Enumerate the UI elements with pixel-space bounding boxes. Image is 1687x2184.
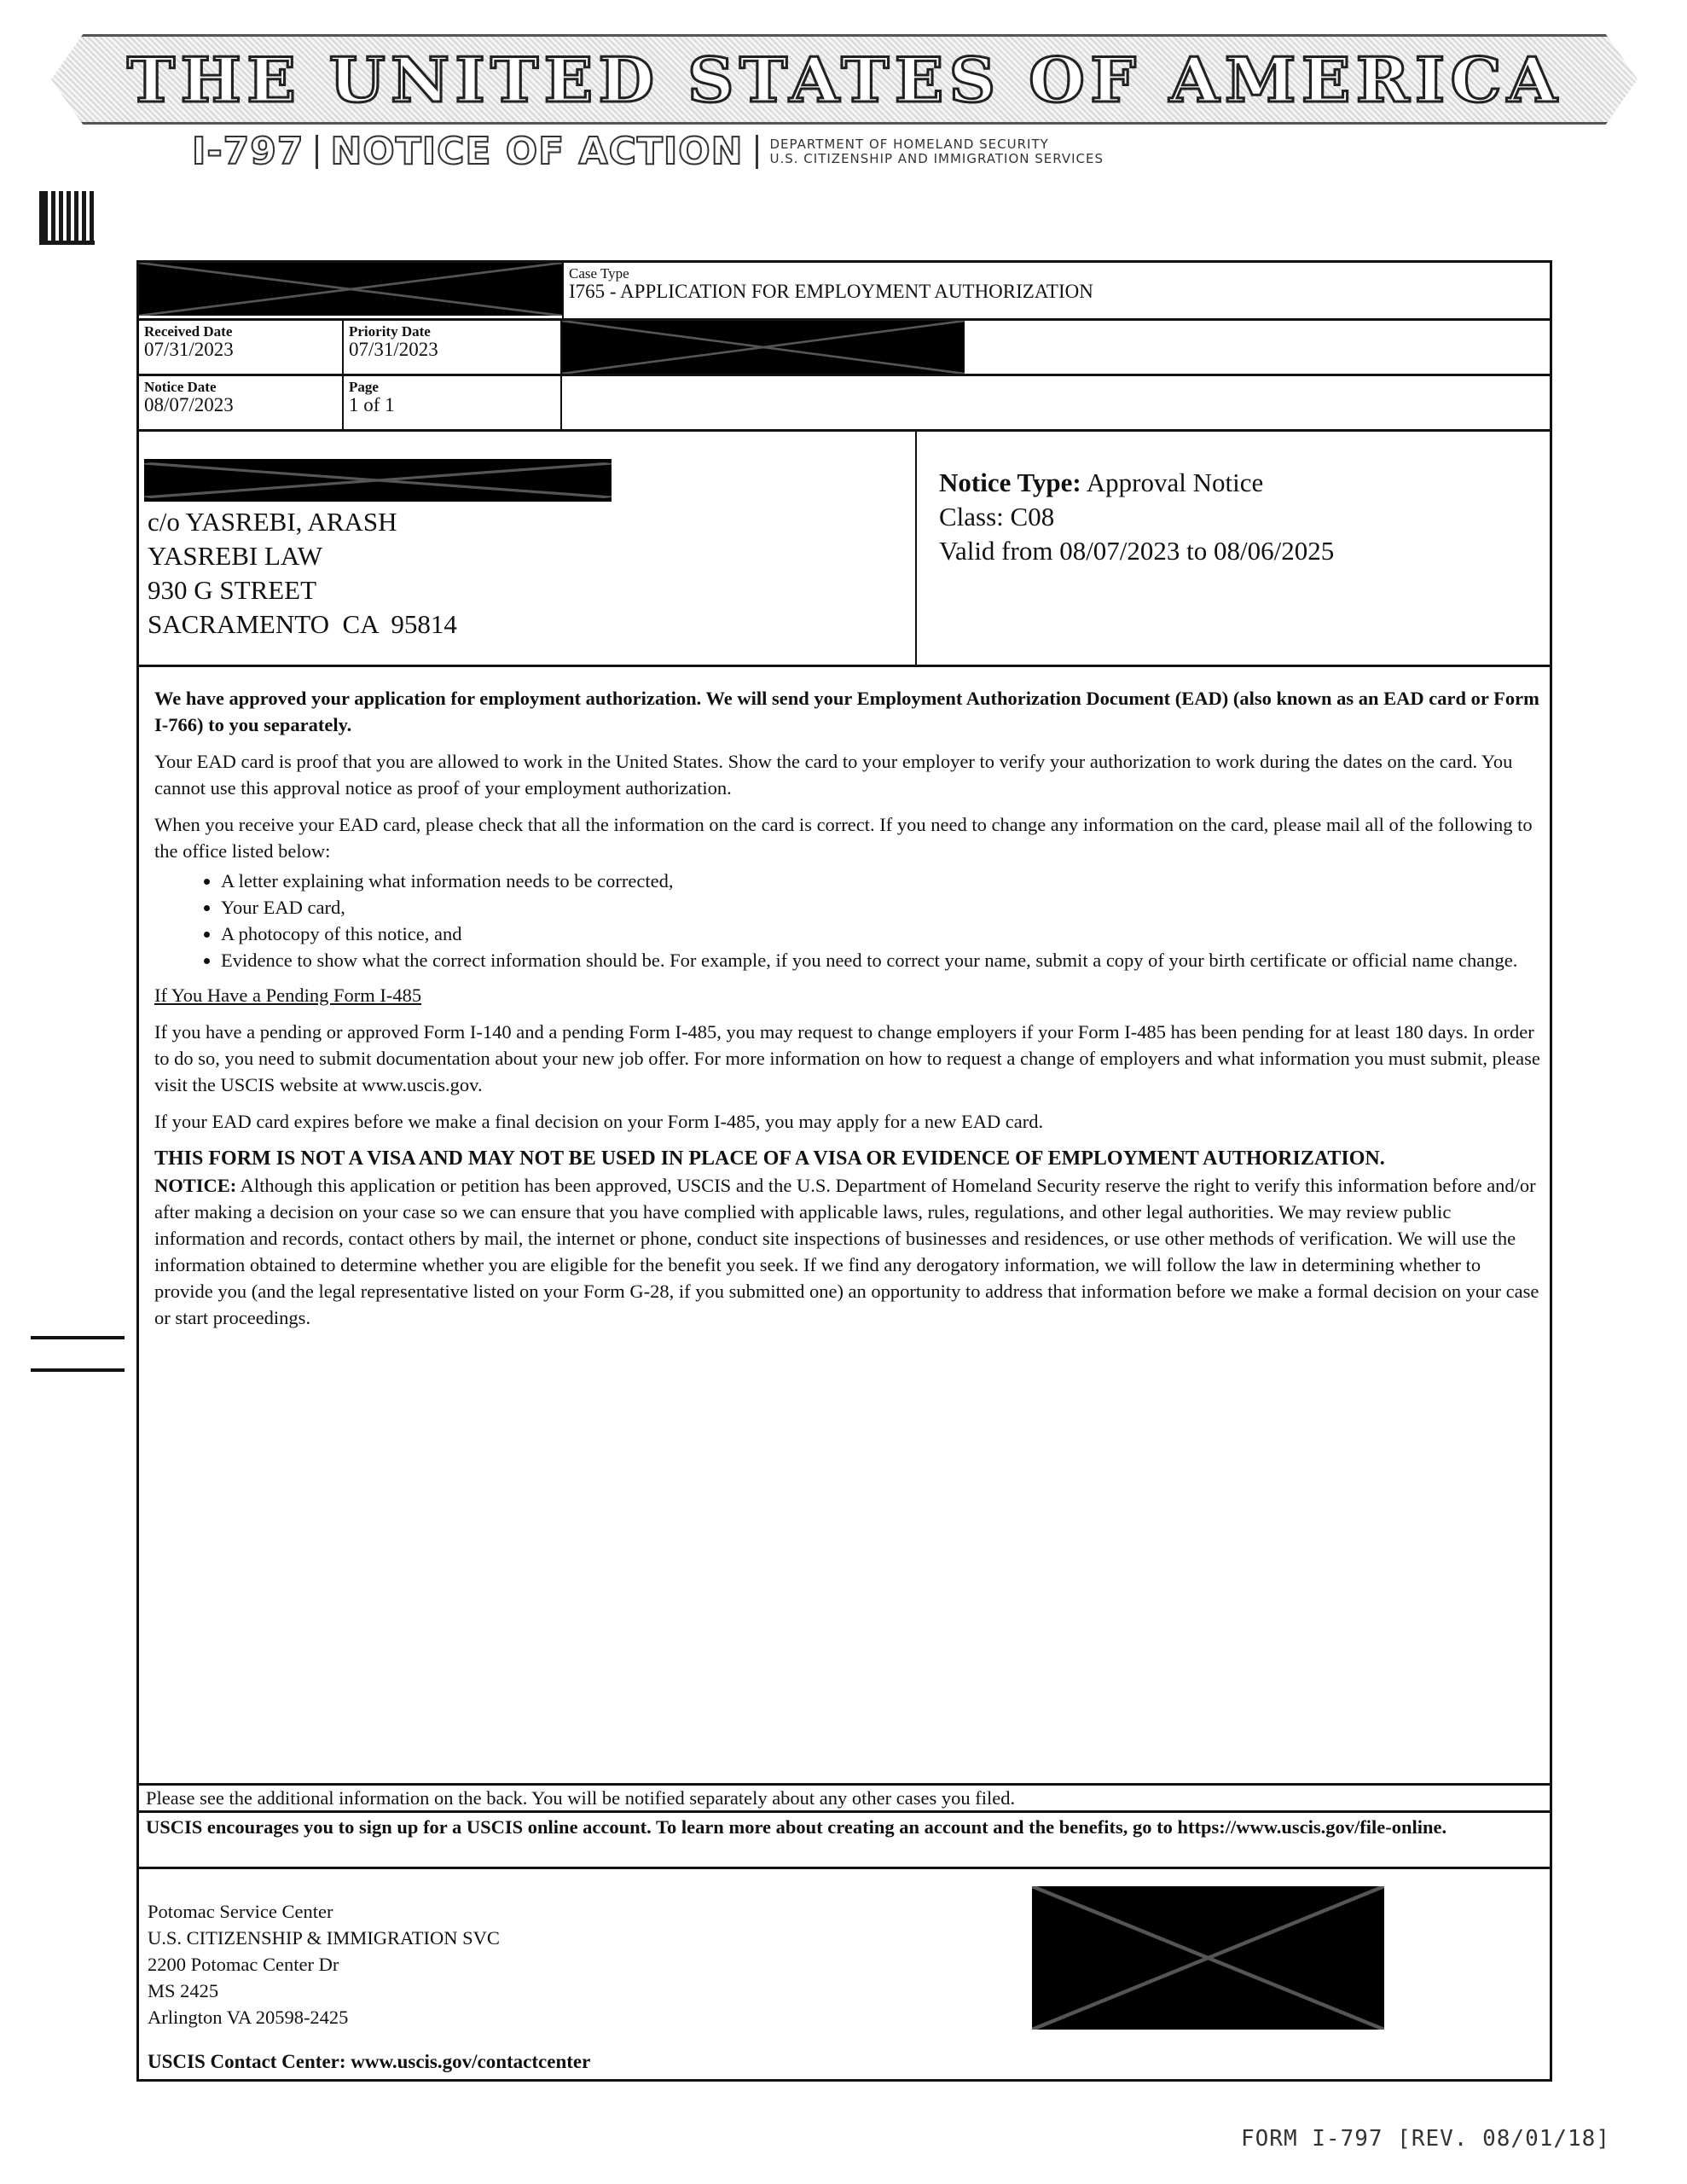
office-line: 2200 Potomac Center Dr xyxy=(148,1951,500,1978)
notice-date-cell: Notice Date 08/07/2023 xyxy=(139,376,344,429)
received-date-cell: Received Date 07/31/2023 xyxy=(139,321,344,374)
notice-label: NOTICE: xyxy=(154,1175,236,1196)
additional-info: Please see the additional information on… xyxy=(146,1787,1015,1809)
priority-date-label: Priority Date xyxy=(349,324,555,340)
notice-text: Although this application or petition ha… xyxy=(154,1175,1539,1328)
priority-date-value: 07/31/2023 xyxy=(349,340,555,360)
header-banner: THE UNITED STATES OF AMERICA xyxy=(51,34,1638,125)
agency-line: U.S. CITIZENSHIP AND IMMIGRATION SERVICE… xyxy=(770,152,1104,166)
form-revision: FORM I-797 [REV. 08/01/18] xyxy=(1241,2126,1610,2152)
notice-type-label: Notice Type: xyxy=(939,468,1081,497)
warning-block: THIS FORM IS NOT A VISA AND MAY NOT BE U… xyxy=(154,1145,1540,1331)
notice-body: We have approved your application for em… xyxy=(154,685,1540,1331)
class-line: Class: C08 xyxy=(939,500,1334,534)
dates-row: Received Date 07/31/2023 Priority Date 0… xyxy=(139,321,1550,376)
received-date-value: 07/31/2023 xyxy=(144,340,337,360)
fold-mark xyxy=(31,1368,125,1372)
datamatrix-barcode-icon xyxy=(39,191,95,245)
additional-info-strip: Please see the additional information on… xyxy=(139,1783,1550,1810)
i485-paragraph: If you have a pending or approved Form I… xyxy=(154,1019,1540,1098)
validity-line: Valid from 08/07/2023 to 08/06/2025 xyxy=(939,534,1334,568)
mailing-address: c/o YASREBI, ARASH YASREBI LAW 930 G STR… xyxy=(148,505,457,642)
received-date-label: Received Date xyxy=(144,324,337,340)
page-label: Page xyxy=(349,380,555,395)
priority-date-cell: Priority Date 07/31/2023 xyxy=(344,321,562,374)
divider xyxy=(316,135,318,169)
online-account-strip: USCIS encourages you to sign up for a US… xyxy=(139,1810,1550,1867)
online-account-text: USCIS encourages you to sign up for a US… xyxy=(146,1816,1446,1838)
notice-form: Case Type I765 - APPLICATION FOR EMPLOYM… xyxy=(136,260,1552,2082)
page-cell: Page 1 of 1 xyxy=(344,376,562,429)
office-line: U.S. CITIZENSHIP & IMMIGRATION SVC xyxy=(148,1925,500,1951)
department-block: DEPARTMENT OF HOMELAND SECURITY U.S. CIT… xyxy=(770,137,1104,166)
list-item: A letter explaining what information nee… xyxy=(221,868,1540,894)
banner-title: THE UNITED STATES OF AMERICA xyxy=(126,44,1562,116)
form-number: I-797 xyxy=(192,130,304,173)
notice-of-action-header: I-797 NOTICE OF ACTION DEPARTMENT OF HOM… xyxy=(192,130,1104,173)
list-item: A photocopy of this notice, and xyxy=(221,921,1540,947)
office-line: Arlington VA 20598-2425 xyxy=(148,2004,500,2030)
address-line: 930 G STREET xyxy=(148,573,457,607)
notice-title: NOTICE OF ACTION xyxy=(330,130,743,173)
list-item: Evidence to show what the correct inform… xyxy=(221,947,1540,973)
address-line: c/o YASREBI, ARASH xyxy=(148,505,457,539)
approval-paragraph: We have approved your application for em… xyxy=(154,685,1540,738)
redacted-applicant-name xyxy=(144,459,612,502)
divider xyxy=(915,432,917,665)
fold-mark xyxy=(31,1336,125,1339)
service-center-block: Potomac Service Center U.S. CITIZENSHIP … xyxy=(139,1867,1550,2082)
office-line: Potomac Service Center xyxy=(148,1898,500,1925)
redacted-receipt-number xyxy=(139,263,562,316)
office-line: MS 2425 xyxy=(148,1978,500,2004)
contact-center: USCIS Contact Center: www.uscis.gov/cont… xyxy=(148,2048,590,2076)
notice-details: Notice Type: Approval Notice Class: C08 … xyxy=(939,466,1334,568)
approval-text: We have approved your application for em… xyxy=(154,688,1539,735)
redacted-applicant xyxy=(562,321,965,374)
i485-heading: If You Have a Pending Form I-485 xyxy=(154,982,1540,1008)
case-type-row: Case Type I765 - APPLICATION FOR EMPLOYM… xyxy=(139,263,1550,321)
list-item: Your EAD card, xyxy=(221,894,1540,921)
correction-items-list: A letter explaining what information nee… xyxy=(154,868,1540,973)
divider xyxy=(756,135,758,169)
ead-expiry-paragraph: If your EAD card expires before we make … xyxy=(154,1108,1540,1135)
page-value: 1 of 1 xyxy=(349,395,555,415)
case-type-value: I765 - APPLICATION FOR EMPLOYMENT AUTHOR… xyxy=(569,282,1093,302)
case-type-cell: Case Type I765 - APPLICATION FOR EMPLOYM… xyxy=(562,263,1099,325)
address-line: YASREBI LAW xyxy=(148,539,457,573)
ead-proof-paragraph: Your EAD card is proof that you are allo… xyxy=(154,748,1540,801)
notice-type-value: Approval Notice xyxy=(1087,468,1263,497)
department-line: DEPARTMENT OF HOMELAND SECURITY xyxy=(770,137,1104,152)
notice-date-value: 08/07/2023 xyxy=(144,395,337,415)
notice-type-line: Notice Type: Approval Notice xyxy=(939,466,1334,500)
address-notice-row: c/o YASREBI, ARASH YASREBI LAW 930 G STR… xyxy=(139,432,1550,667)
not-a-visa-warning: THIS FORM IS NOT A VISA AND MAY NOT BE U… xyxy=(154,1147,1385,1170)
address-line: SACRAMENTO CA 95814 xyxy=(148,607,457,642)
service-center-address: Potomac Service Center U.S. CITIZENSHIP … xyxy=(148,1898,500,2030)
case-type-label: Case Type xyxy=(569,266,1093,282)
check-info-paragraph: When you receive your EAD card, please c… xyxy=(154,811,1540,864)
notice-date-label: Notice Date xyxy=(144,380,337,395)
redacted-barcode xyxy=(1032,1886,1384,2030)
notice-date-row: Notice Date 08/07/2023 Page 1 of 1 xyxy=(139,376,1550,432)
